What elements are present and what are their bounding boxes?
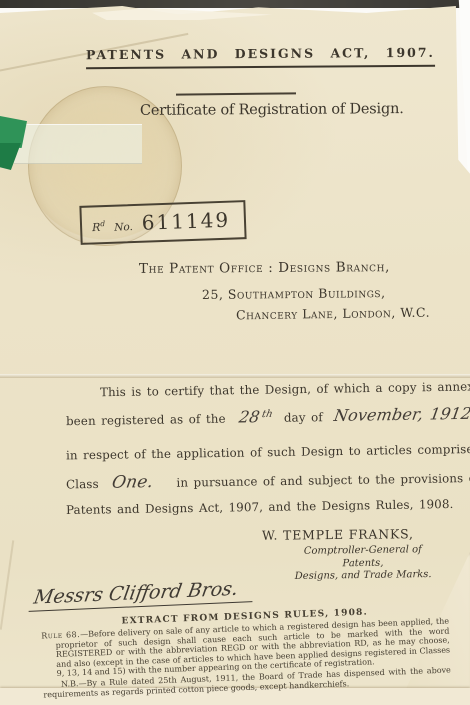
scanner-background-strip <box>0 0 470 8</box>
signatory-title: Comptroller-General of Patents, Designs,… <box>283 544 444 584</box>
handwritten-class: One. <box>111 474 155 492</box>
body-line-2-mid: day of <box>284 410 323 425</box>
tape-strip <box>14 124 142 164</box>
paper-fold-horizontal <box>0 374 470 378</box>
handwritten-day-suffix: th <box>261 409 274 420</box>
registration-number-stamp: Rd No. 611149 <box>79 200 246 245</box>
signatory-name: W. TEMPLE FRANKS, <box>262 526 414 543</box>
stamp-no-label: No. <box>114 221 133 234</box>
signatory-title-line2: Designs, and Trade Marks. <box>283 569 443 584</box>
handwritten-date: November, 1912 <box>333 406 470 424</box>
body-line-4-pre: Class <box>66 477 99 492</box>
registration-number: 611149 <box>141 208 230 235</box>
signatory-title-line1: Comptroller-General of Patents, <box>283 544 443 571</box>
office-address-line2: 25, Southampton Buildings, <box>202 285 386 302</box>
scanned-certificate: PATENTS AND DESIGNS ACT, 1907. Certifica… <box>0 0 470 705</box>
stamp-rd-prefix: Rd <box>92 219 106 234</box>
designs-rules-extract: EXTRACT FROM DESIGNS RULES, 1908. Rule 6… <box>41 605 452 700</box>
act-title: PATENTS AND DESIGNS ACT, 1907. <box>86 45 435 69</box>
office-address-line1: The Patent Office : Designs Branch, <box>139 259 390 277</box>
body-line-2-text: been registered as of the <box>66 412 226 429</box>
certificate-title: Certificate of Registration of Design. <box>140 101 404 119</box>
handwritten-day: 28 <box>238 409 261 425</box>
office-address-line3: Chancery Lane, London, W.C. <box>236 305 430 323</box>
